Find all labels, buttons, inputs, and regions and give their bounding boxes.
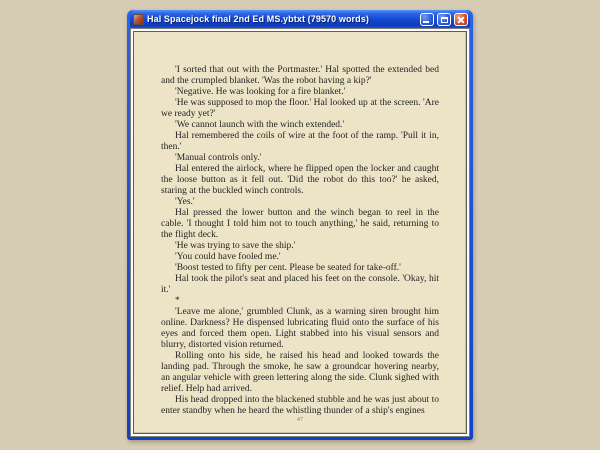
paragraph: Rolling onto his side, he raised his hea… — [161, 351, 439, 395]
paragraph: 'I sorted that out with the Portmaster.'… — [161, 65, 439, 87]
paragraph: Hal pressed the lower button and the win… — [161, 208, 439, 241]
title-bar[interactable]: Hal Spacejock final 2nd Ed MS.ybtxt (795… — [130, 10, 470, 28]
paragraph: Hal took the pilot's seat and placed his… — [161, 274, 439, 296]
minimize-icon — [423, 21, 429, 23]
paragraph: His head dropped into the blackened stub… — [161, 395, 439, 416]
paragraph: 'Negative. He was looking for a fire bla… — [161, 87, 439, 98]
paragraph: 'He was supposed to mop the floor.' Hal … — [161, 98, 439, 120]
scene-separator: * — [161, 296, 439, 307]
maximize-button[interactable] — [437, 13, 451, 26]
desktop: { "window": { "title": "Hal Spacejock fi… — [0, 0, 600, 450]
minimize-button[interactable] — [420, 13, 434, 26]
paragraph: 'Yes.' — [161, 197, 439, 208]
maximize-icon — [441, 17, 448, 23]
client-area: 'I sorted that out with the Portmaster.'… — [130, 28, 470, 437]
page-content: 'I sorted that out with the Portmaster.'… — [161, 65, 439, 416]
paragraph: 'He was trying to save the ship.' — [161, 241, 439, 252]
window-title: Hal Spacejock final 2nd Ed MS.ybtxt (795… — [147, 14, 417, 24]
paragraph: Hal entered the airlock, where he flippe… — [161, 164, 439, 197]
app-window: Hal Spacejock final 2nd Ed MS.ybtxt (795… — [127, 10, 473, 440]
paragraph: 'Manual controls only.' — [161, 153, 439, 164]
app-icon — [133, 14, 144, 25]
close-button[interactable] — [454, 13, 468, 26]
page-number: 47 — [161, 416, 439, 424]
paragraph: Hal remembered the coils of wire at the … — [161, 131, 439, 153]
paragraph: 'Boost tested to fifty per cent. Please … — [161, 263, 439, 274]
manuscript-page[interactable]: 'I sorted that out with the Portmaster.'… — [133, 31, 467, 434]
paragraph: 'We cannot launch with the winch extende… — [161, 120, 439, 131]
paragraph: 'You could have fooled me.' — [161, 252, 439, 263]
paragraph: 'Leave me alone,' grumbled Clunk, as a w… — [161, 307, 439, 351]
